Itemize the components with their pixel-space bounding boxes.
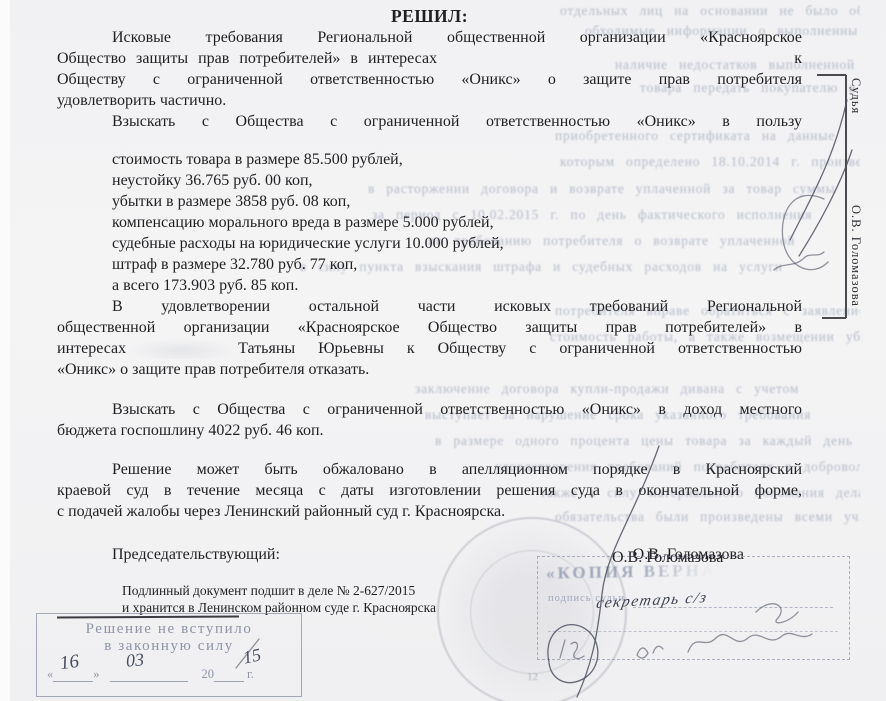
award-list: стоимость товара в размере 85.500 рублей… (57, 149, 802, 296)
paragraph-state-duty-line: Взыскать с Общества с ограниченной ответ… (57, 399, 802, 420)
stamp-year-suffix: г. (247, 667, 254, 682)
award-list-item: стоимость товара в размере 85.500 рублей… (57, 149, 802, 170)
side-attestation-tick (817, 74, 846, 76)
paragraph-appeal-line: Решение может быть обжаловано в апелляци… (57, 459, 802, 480)
presiding-judge-label: Председательствующий: (112, 544, 280, 565)
side-attestation-line (845, 75, 847, 318)
paragraph-denied-part: В удовлетворении остальной части исковых… (57, 296, 802, 380)
stamp-not-in-force-line: Решение не вступило (37, 621, 301, 638)
stamp-copy-verified: «КОПИЯ ВЕРНА» подпись судьи (537, 556, 850, 660)
paragraph-claims-text: к (794, 48, 802, 69)
paragraph-claims-line: Исковые требования Региональной обществе… (57, 27, 802, 48)
paragraph-recover-line: Взыскать с Общества с ограниченной ответ… (57, 111, 802, 132)
award-list-item: неустойку 36.765 руб. 00 коп, (57, 170, 802, 191)
decision-text-block: РЕШИЛ: Исковые требования Региональной о… (57, 0, 802, 616)
handwritten-day: 16 (59, 651, 81, 675)
paragraph-appeal-line: краевой суд в течение месяца с даты изго… (57, 480, 802, 501)
paragraph-appeal: Решение может быть обжаловано в апелляци… (57, 459, 802, 522)
award-list-item: убытки в размере 3858 руб. 08 коп, (57, 191, 802, 212)
paragraph-claims-line: удовлетворить частично. (57, 90, 802, 111)
stamp-copy-signature-line (548, 631, 838, 632)
court-seal-number: 12 (527, 671, 538, 683)
paragraph-claims-text: Общество защиты прав потребителей» в инт… (57, 48, 437, 69)
paragraph-state-duty-line: бюджета госпошлину 4022 руб. 46 коп. (57, 420, 802, 441)
paragraph-denied-text: интересах (57, 338, 126, 359)
handwritten-month: 03 (125, 649, 145, 671)
paragraph-denied-line: общественной организации «Красноярское О… (57, 317, 802, 338)
stamp-date-blank (214, 668, 244, 682)
paragraph-denied-line: интересах Татьяны Юрьевны к Обществу с о… (57, 338, 802, 359)
judge-name: О.В. Голомазова (612, 549, 723, 567)
stamp-quote: » (93, 667, 99, 682)
award-list-item: компенсацию морального вреда в размере 5… (57, 212, 802, 233)
paragraph-appeal-line: с подачей жалобы через Ленинский районны… (57, 501, 802, 522)
stamp-year-prefix: 20 (202, 667, 215, 682)
scanned-court-decision-page: { "doc": { "title": "РЕШИЛ:", "p1_l1": "… (0, 0, 886, 701)
paragraph-claims-line: Общество защиты прав потребителей» в инт… (57, 48, 802, 69)
side-judge-label: Судья (848, 78, 863, 114)
award-list-item: судебные расходы на юридические услуги 1… (57, 233, 802, 254)
side-judge-name: О.В. Голомазова (848, 205, 863, 307)
side-attestation-tick (822, 317, 846, 319)
paragraph-denied-line: В удовлетворении остальной части исковых… (57, 296, 802, 317)
paragraph-claims-line: Обществу с ограниченной ответственностью… (57, 69, 802, 90)
paragraph-state-duty: Взыскать с Общества с ограниченной ответ… (57, 399, 802, 441)
redacted-name-gap (126, 338, 238, 359)
award-list-item: а всего 173.903 руб. 85 коп. (57, 275, 802, 296)
stamp-date-blank (110, 668, 188, 682)
paragraph-denied-text: Татьяны Юрьевны к Обществу с ограниченно… (238, 338, 802, 359)
paragraph-denied-line: «Оникс» о защите прав потребителя отказа… (57, 359, 802, 380)
decision-heading: РЕШИЛ: (57, 6, 802, 27)
award-list-item: штраф в размере 32.780 руб. 77 коп, (57, 254, 802, 275)
